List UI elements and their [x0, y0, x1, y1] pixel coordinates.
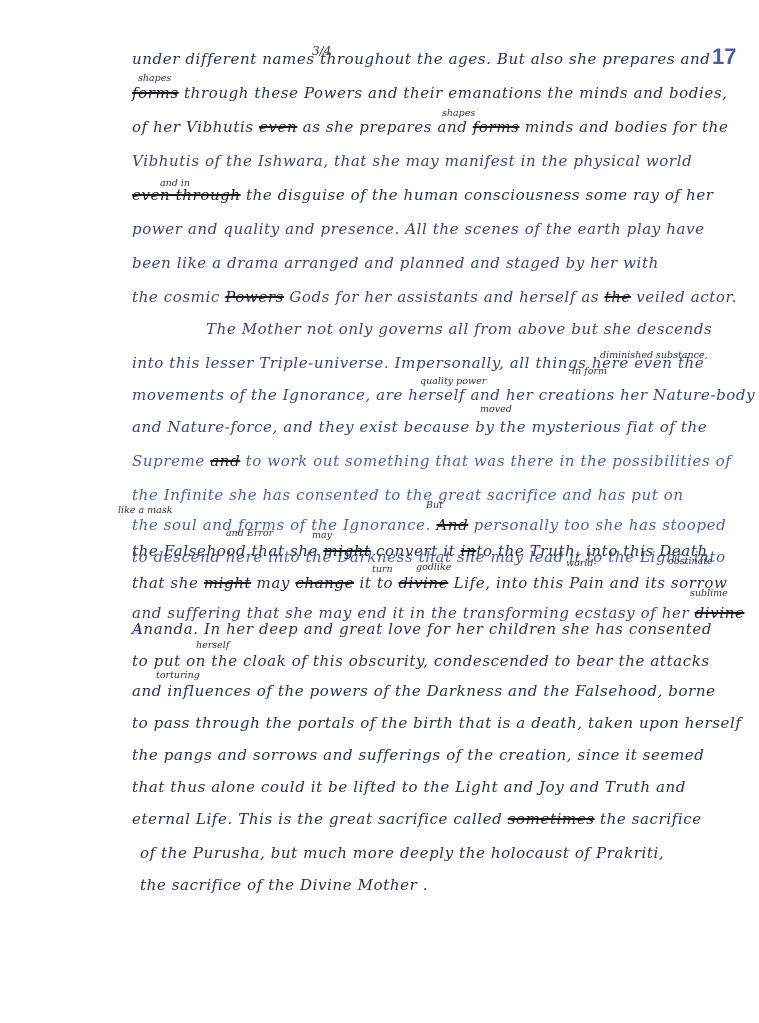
- text-line-22: and influences of the powers of the Dark…: [132, 682, 716, 700]
- text-line-20: Ananda. In her deep and great love for h…: [132, 620, 712, 638]
- line-text: as she prepares and: [297, 118, 472, 136]
- insertion-shapes: shapes: [138, 73, 171, 84]
- line-text: it to: [354, 574, 398, 592]
- line-text: been like a drama arranged and planned a…: [132, 254, 659, 272]
- line-text: that thus alone could it be lifted to th…: [132, 778, 686, 796]
- line-text: The Mother not only governs all from abo…: [206, 320, 712, 338]
- text-line-27: of the Purusha, but much more deeply the…: [140, 844, 664, 862]
- line-text: the sacrifice: [595, 810, 702, 828]
- struck-text: and: [210, 452, 240, 470]
- insertion-sublime: sublime: [690, 588, 728, 599]
- struck-text: might: [204, 574, 251, 592]
- text-line-13: Supreme and to work out something that w…: [132, 452, 731, 470]
- text-line-3: of her Vibhutis even as she prepares and…: [132, 118, 728, 136]
- falsehood-line: the Falsehood that she might convert it …: [132, 542, 708, 560]
- text-line-11: movements of the Ignorance, are herself …: [132, 386, 755, 404]
- insertion-torturing: torturing: [156, 670, 200, 681]
- line-text: the cosmic: [132, 288, 225, 306]
- insertion-but: But: [426, 500, 443, 511]
- line-text: Vibhutis of the Ishwara, that she may ma…: [132, 152, 692, 170]
- insertion-world: world-: [566, 558, 597, 569]
- insertion-moved: moved: [480, 404, 512, 415]
- insertion-obstinate: obstinate: [668, 556, 713, 567]
- line-text: the pangs and sorrows and sufferings of …: [132, 746, 704, 764]
- insertion-may: may: [312, 530, 332, 541]
- line-text: the Falsehood that she: [132, 542, 323, 560]
- text-line-24: the pangs and sorrows and sufferings of …: [132, 746, 704, 764]
- line-text: movements of the Ignorance, are herself …: [132, 386, 755, 404]
- line-text: power and quality and presence. All the …: [132, 220, 705, 238]
- insertion-like-a-mask: like a mask: [118, 505, 172, 516]
- line-text: of her Vibhutis: [132, 118, 259, 136]
- struck-text: even: [259, 118, 297, 136]
- text-line-5: even through the disguise of the human c…: [132, 186, 714, 204]
- line-text: through these Powers and their emanation…: [179, 84, 728, 102]
- insertion-herself: herself: [196, 640, 229, 651]
- line-text: of the Purusha, but much more deeply the…: [140, 844, 664, 862]
- insertion-godlike: godlike: [416, 562, 451, 573]
- text-line-15: the soul and forms of the Ignorance. And…: [132, 516, 726, 534]
- line-text: may: [251, 574, 295, 592]
- line-text: convert it: [371, 542, 461, 560]
- insertion-in-form: in form: [572, 366, 607, 377]
- line-text: to pass through the portals of the birth…: [132, 714, 742, 732]
- text-line-1: under different names throughout the age…: [132, 50, 711, 68]
- text-line-21: to put on the cloak of this obscurity, c…: [132, 652, 710, 670]
- line-text: under different names throughout the age…: [132, 50, 711, 68]
- insertion-diminished-substance: diminished substance,: [600, 350, 708, 361]
- struck-text: And: [436, 516, 468, 534]
- text-line-14: the Infinite she has consented to the gr…: [132, 486, 684, 504]
- text-line-26: eternal Life. This is the great sacrific…: [132, 810, 702, 828]
- text-line-28: the sacrifice of the Divine Mother .: [140, 876, 428, 894]
- line-text: and influences of the powers of the Dark…: [132, 682, 716, 700]
- line-text: Supreme: [132, 452, 210, 470]
- line-text: minds and bodies for the: [519, 118, 728, 136]
- text-line-7: been like a drama arranged and planned a…: [132, 254, 659, 272]
- line-text: the Infinite she has consented to the gr…: [132, 486, 684, 504]
- text-line-9: The Mother not only governs all from abo…: [206, 320, 712, 338]
- line-text: that she: [132, 574, 204, 592]
- manuscript-page: 3/4 17 under different names throughout …: [0, 0, 759, 1023]
- insertion-and-error: and Error: [226, 528, 273, 539]
- text-line-2: forms through these Powers and their ema…: [132, 84, 728, 102]
- line-text: eternal Life. This is the great sacrific…: [132, 810, 508, 828]
- struck-text: change: [295, 574, 354, 592]
- page-number: 17: [712, 44, 736, 70]
- struck-text: sometimes: [508, 810, 595, 828]
- line-text: personally too she has stooped: [468, 516, 726, 534]
- struck-text: might: [323, 542, 370, 560]
- struck-text: Powers: [225, 288, 284, 306]
- line-text: to put on the cloak of this obscurity, c…: [132, 652, 710, 670]
- struck-text: divine: [398, 574, 448, 592]
- text-line-8: the cosmic Powers Gods for her assistant…: [132, 288, 737, 306]
- line-text: Gods for her assistants and herself as: [284, 288, 605, 306]
- struck-text: in: [461, 542, 477, 560]
- text-line-18: that she might may change it to divine L…: [132, 574, 727, 592]
- text-line-23: to pass through the portals of the birth…: [132, 714, 742, 732]
- text-line-25: that thus alone could it be lifted to th…: [132, 778, 686, 796]
- line-text: to work out something that was there in …: [240, 452, 731, 470]
- line-text: and Nature-force, and they exist because…: [132, 418, 707, 436]
- text-line-12: and Nature-force, and they exist because…: [132, 418, 707, 436]
- struck-text: forms: [473, 118, 520, 136]
- line-text: veiled actor.: [631, 288, 737, 306]
- text-line-6: power and quality and presence. All the …: [132, 220, 705, 238]
- line-text: the sacrifice of the Divine Mother .: [140, 876, 428, 894]
- line-text: the soul and forms of the Ignorance.: [132, 516, 436, 534]
- line-text: Ananda. In her deep and great love for h…: [132, 620, 712, 638]
- line-text: the disguise of the human consciousness …: [241, 186, 714, 204]
- struck-text: even through: [132, 186, 241, 204]
- line-text: Life, into this Pain and its sorrow: [448, 574, 727, 592]
- struck-text: the: [605, 288, 631, 306]
- struck-text: forms: [132, 84, 179, 102]
- text-line-4: Vibhutis of the Ishwara, that she may ma…: [132, 152, 692, 170]
